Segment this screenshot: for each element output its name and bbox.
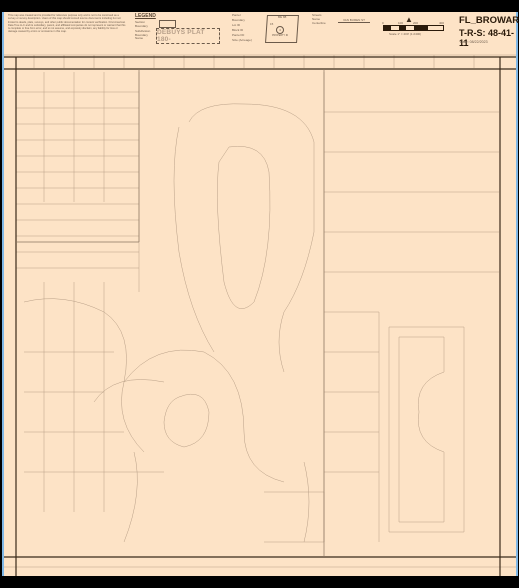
legend-subdivision-label: Subdivision Boundary Name [135, 30, 155, 41]
parcel-example-lot: 15 [270, 23, 273, 27]
parcel-map[interactable] [4, 52, 516, 576]
legend-section-boundary-label: Section Boundary [135, 21, 157, 28]
section-boundary-swatch [159, 20, 176, 28]
parcel-example-id: 4 [276, 26, 284, 34]
scale-text: Scale 1" = 200' (1:2400) [389, 32, 421, 36]
map-header: This map was created and is provided for… [4, 12, 516, 52]
map-title: FL_BROWARD [459, 15, 519, 26]
street-example: VAN BUREN ST [338, 18, 370, 23]
north-arrow-icon: ▲ [405, 15, 413, 24]
township-range-section: T-R-S: 48-41-11 [459, 28, 516, 48]
legend-size-label: Size (Acreage) [232, 39, 252, 43]
disclaimer-text: This map was created and is provided for… [8, 14, 126, 34]
parcel-example-block: Blk 88 [278, 16, 286, 20]
bottom-black-band [0, 576, 519, 588]
parcel-example-apn: PROPERTY ID [272, 34, 288, 38]
legend-centerline-label: Centerline [312, 22, 326, 26]
scale-bar [383, 25, 444, 31]
map-sheet: This map was created and is provided for… [2, 12, 518, 576]
subdivision-example: DEBUYS PLAT 180- [156, 28, 220, 44]
legend-title: LEGEND [135, 13, 156, 19]
map-date: Date: 08/22/2023 [460, 40, 488, 44]
